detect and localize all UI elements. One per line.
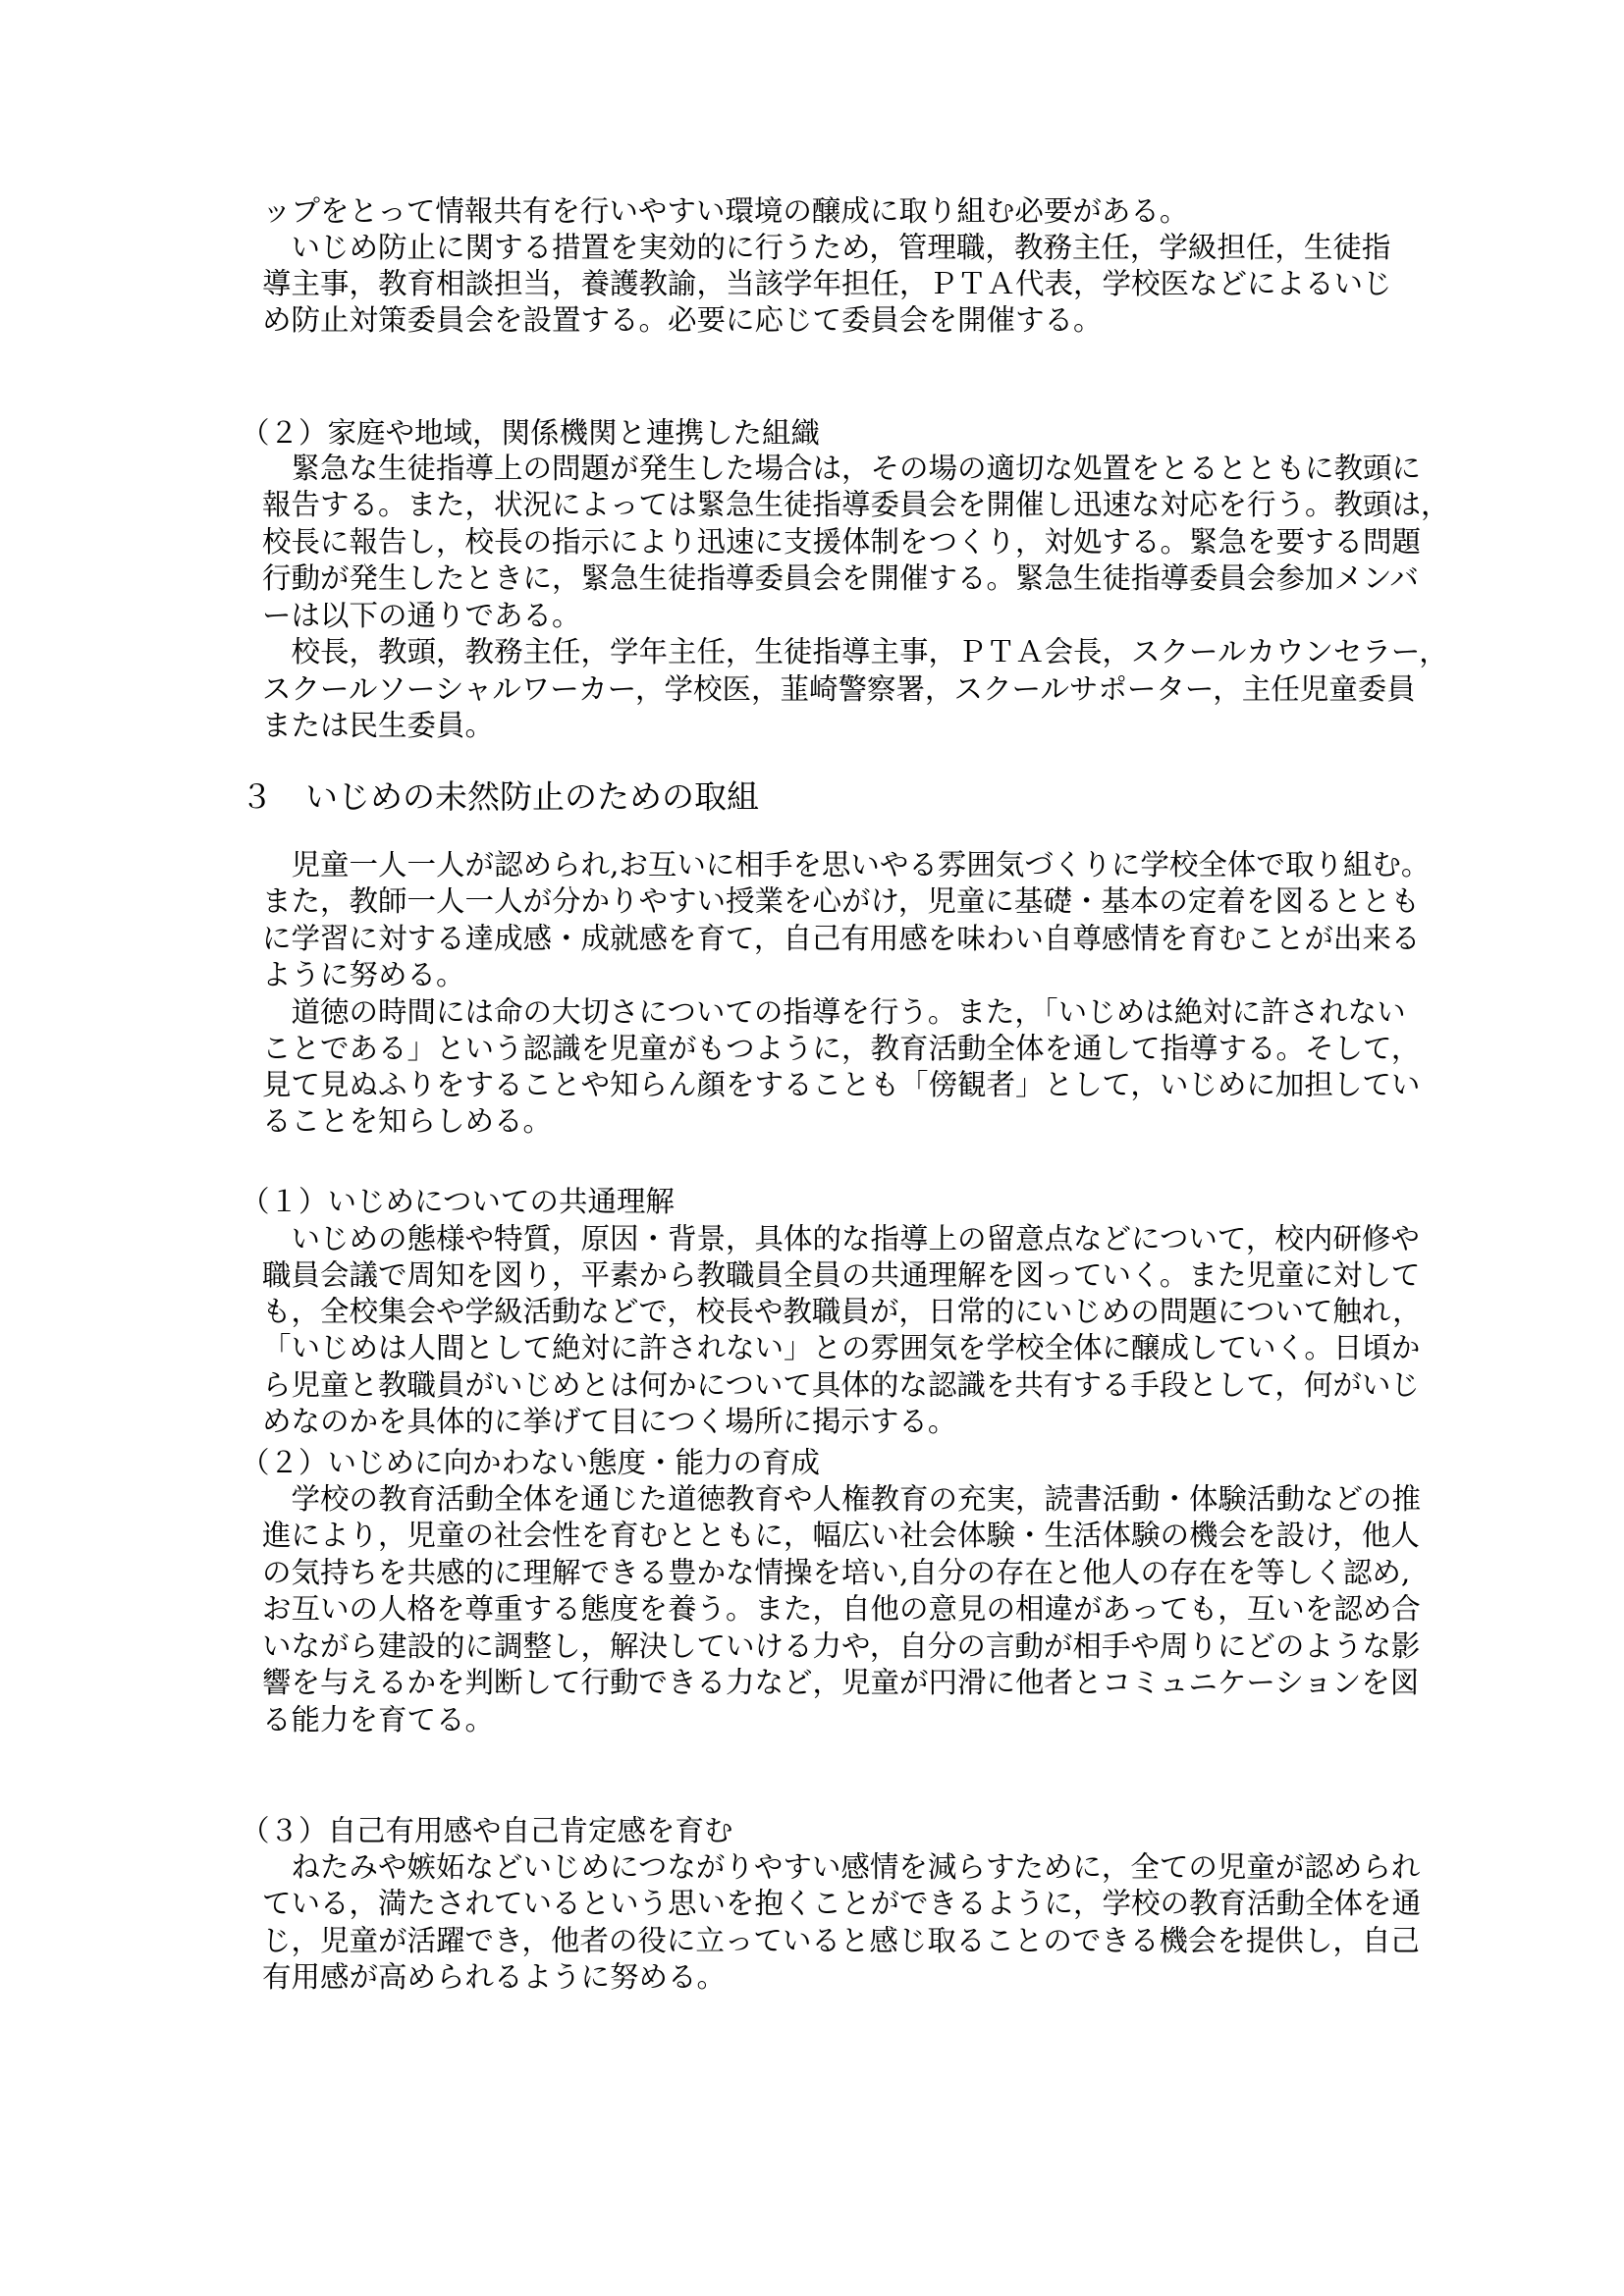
paragraph-line: じ，児童が活躍でき，他者の役に立っていると感じ取ることのできる機会を提供し，自己 (262, 1923, 1393, 1959)
intro-line: ップをとって情報共有を行いやすい環境の醸成に取り組む必要がある。 (262, 193, 1393, 230)
paragraph-line: ら児童と教職員がいじめとは何かについて具体的な認識を共有する手段として，何がいじ (262, 1367, 1393, 1404)
subheading-attitude-ability: （２）いじめに向かわない態度・能力の育成 (241, 1445, 1372, 1481)
paragraph-line: も，全校集会や学級活動などで，校長や教職員が，日常的にいじめの問題について触れ， (262, 1294, 1393, 1330)
paragraph-line: スクールソーシャルワーカー，学校医，韮崎警察署，スクールサポーター，主任児童委員 (262, 671, 1393, 708)
paragraph-line: ている，満たされているという思いを抱くことができるように，学校の教育活動全体を通 (262, 1886, 1393, 1922)
section-heading-3: ３ いじめの未然防止のための取組 (241, 777, 759, 817)
subheading-common-understanding: （１）いじめについての共通理解 (241, 1184, 1372, 1220)
paragraph-line: 報告する。また，状況によっては緊急生徒指導委員会を開催し迅速な対応を行う。教頭は… (262, 487, 1393, 523)
paragraph-line: 「いじめは人間として絶対に許されない」との雰囲気を学校全体に醸成していく。日頃か (262, 1330, 1393, 1366)
paragraph-line: 見て見ぬふりをすることや知らん顔をすることも「傍観者」として，いじめに加担してい (262, 1067, 1393, 1103)
paragraph-line: ことである」という認識を児童がもつように，教育活動全体を通して指導する。そして， (262, 1031, 1393, 1067)
document-page: ップをとって情報共有を行いやすい環境の醸成に取り組む必要がある。 いじめ防止に関… (0, 0, 1624, 2296)
subheading-self-esteem: （３）自己有用感や自己肯定感を育む (241, 1813, 1372, 1849)
paragraph-line: お互いの人格を尊重する態度を養う。また，自他の意見の相違があっても，互いを認め合 (262, 1591, 1393, 1628)
paragraph-line: めなのかを具体的に挙げて目につく場所に掲示する。 (262, 1404, 1393, 1440)
subheading-family-community: （２）家庭や地域，関係機関と連携した組織 (241, 415, 1372, 452)
paragraph-line: ーは以下の通りである。 (262, 598, 1393, 634)
paragraph-line: る能力を育てる。 (262, 1702, 1393, 1738)
paragraph-line: 行動が発生したときに，緊急生徒指導委員会を開催する。緊急生徒指導委員会参加メンバ (262, 561, 1393, 597)
paragraph-line: 職員会議で周知を図り，平素から教職員全員の共通理解を図っていく。また児童に対して (262, 1257, 1393, 1294)
paragraph-line: 学校の教育活動全体を通じた道徳教育や人権教育の充実，読書活動・体験活動などの推 (262, 1481, 1393, 1518)
paragraph-line: の気持ちを共感的に理解できる豊かな情操を培い,自分の存在と他人の存在を等しく認め… (262, 1555, 1393, 1591)
paragraph-line: また，教師一人一人が分かりやすい授業を心がけ，児童に基礎・基本の定着を図るととも (262, 883, 1393, 920)
paragraph-line: 進により，児童の社会性を育むとともに，幅広い社会体験・生活体験の機会を設け，他人 (262, 1518, 1393, 1554)
paragraph-line: 校長に報告し，校長の指示により迅速に支援体制をつくり，対処する。緊急を要する問題 (262, 524, 1393, 561)
paragraph-line: ねたみや嫉妬などいじめにつながりやすい感情を減らすために，全ての児童が認められ (262, 1849, 1393, 1886)
paragraph-line: 児童一人一人が認められ,お互いに相手を思いやる雰囲気づくりに学校全体で取り組む。 (262, 847, 1393, 883)
intro-line: 導主事，教育相談担当，養護教諭，当該学年担任，ＰＴＡ代表，学校医などによるいじ (262, 266, 1393, 302)
paragraph-line: 校長，教頭，教務主任，学年主任，生徒指導主事，ＰＴＡ会長，スクールカウンセラー， (262, 634, 1393, 670)
paragraph-line: または民生委員。 (262, 708, 1393, 744)
paragraph-line: ように努める。 (262, 957, 1393, 993)
paragraph-line: 緊急な生徒指導上の問題が発生した場合は，その場の適切な処置をとるとともに教頭に (262, 451, 1393, 487)
paragraph-line: 有用感が高められるように努める。 (262, 1959, 1393, 1996)
intro-line: いじめ防止に関する措置を実効的に行うため，管理職，教務主任，学級担任，生徒指 (262, 230, 1393, 266)
paragraph-line: いじめの態様や特質，原因・背景，具体的な指導上の留意点などについて，校内研修や (262, 1221, 1393, 1257)
paragraph-line: 道徳の時間には命の大切さについての指導を行う。また，「いじめは絶対に許されない (262, 994, 1393, 1031)
intro-line: め防止対策委員会を設置する。必要に応じて委員会を開催する。 (262, 302, 1393, 339)
paragraph-line: ることを知らしめる。 (262, 1103, 1393, 1140)
paragraph-line: いながら建設的に調整し，解決していける力や，自分の言動が相手や周りにどのような影 (262, 1629, 1393, 1665)
paragraph-line: 響を与えるかを判断して行動できる力など，児童が円滑に他者とコミュニケーションを図 (262, 1665, 1393, 1701)
paragraph-line: に学習に対する達成感・成就感を育て，自己有用感を味わい自尊感情を育むことが出来る (262, 921, 1393, 957)
